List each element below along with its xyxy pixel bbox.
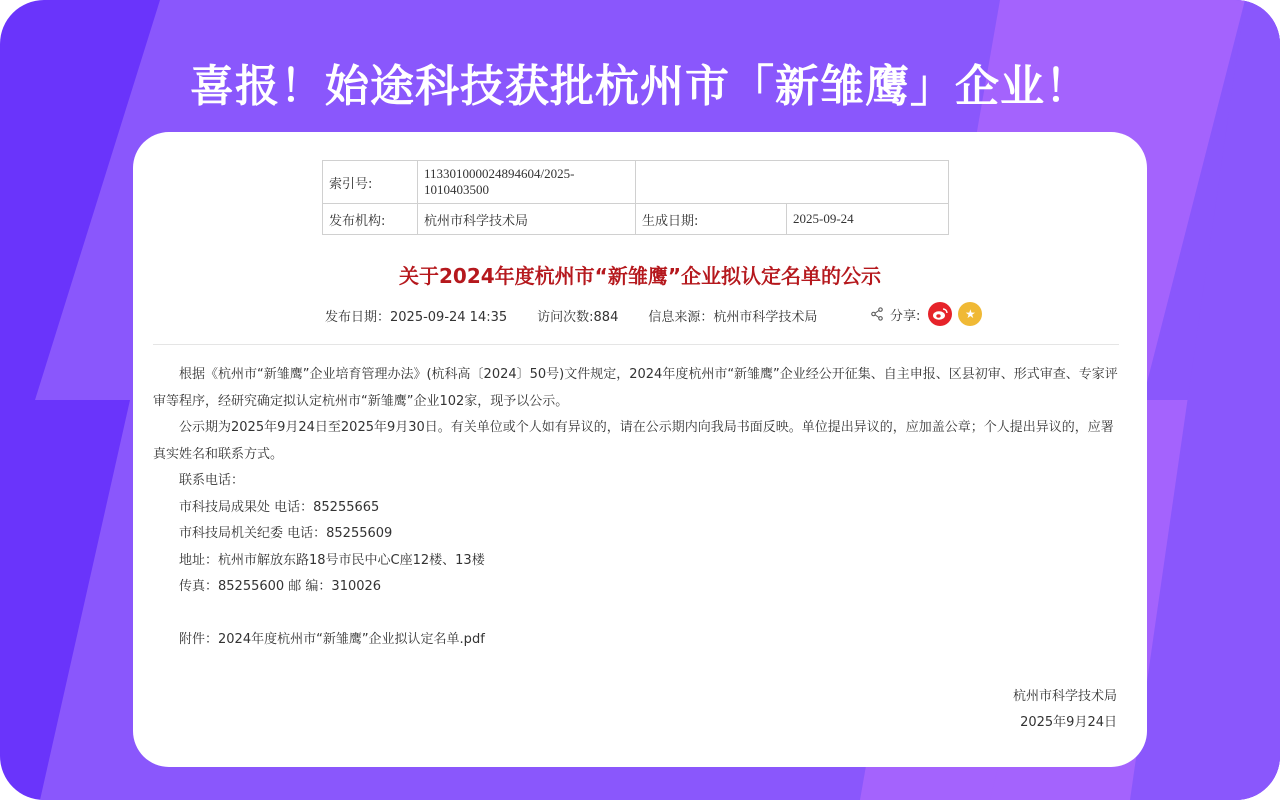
contact-line: 市科技局机关纪委 电话：85255609 [153,521,1119,548]
contacts-heading: 联系电话： [153,468,1119,495]
signature-date: 2025年9月24日 [1013,710,1117,736]
document-info: 发布日期：2025-09-24 14:35 访问次数:884 信息来源：杭州市科… [325,306,847,325]
attachment-link[interactable]: 附件：2024年度杭州市“新雏鹰”企业拟认定名单.pdf [179,632,485,647]
document-body: 根据《杭州市“新雏鹰”企业培育管理办法》(杭科高〔2024〕50号)文件规定，2… [153,362,1119,653]
signature: 杭州市科学技术局 2025年9月24日 [1013,684,1117,736]
fax-line: 传真：85255600 邮 编：310026 [153,574,1119,601]
info-source: 信息来源：杭州市科学技术局 [648,306,817,325]
signature-org: 杭州市科学技术局 [1013,684,1117,710]
share-label: 分享: [890,305,920,324]
meta-row-publisher: 发布机构: 杭州市科学技术局 生成日期: 2025-09-24 [323,204,949,235]
divider [153,344,1119,345]
publisher-label: 发布机构: [323,204,418,235]
publisher-value: 杭州市科学技术局 [418,204,636,235]
address-line: 地址：杭州市解放东路18号市民中心C座12楼、13楼 [153,548,1119,575]
paragraph: 根据《杭州市“新雏鹰”企业培育管理办法》(杭科高〔2024〕50号)文件规定，2… [153,362,1119,415]
meta-table: 索引号: 113301000024894604/2025-1010403500 … [322,160,949,235]
visit-count: 访问次数:884 [537,306,618,325]
index-value: 113301000024894604/2025-1010403500 [418,161,636,204]
created-label: 生成日期: [636,204,787,235]
notice-card: 索引号: 113301000024894604/2025-1010403500 … [133,132,1147,767]
qzone-icon[interactable]: ★ [958,302,982,326]
poster-background: 喜报！始途科技获批杭州市「新雏鹰」企业！ 索引号: 11330100002489… [0,0,1280,800]
meta-row-index: 索引号: 113301000024894604/2025-1010403500 [323,161,949,204]
index-label: 索引号: [323,161,418,204]
share-bar: 分享: ★ [870,302,982,326]
document-title: 关于2024年度杭州市“新雏鹰”企业拟认定名单的公示 [133,260,1147,289]
share-icon [870,307,884,321]
empty-cell [636,161,949,204]
weibo-icon[interactable] [928,302,952,326]
publish-date: 发布日期：2025-09-24 14:35 [325,306,507,325]
contact-line: 市科技局成果处 电话：85255665 [153,495,1119,522]
headline: 喜报！始途科技获批杭州市「新雏鹰」企业！ [0,50,1280,114]
created-value: 2025-09-24 [787,204,949,235]
paragraph: 公示期为2025年9月24日至2025年9月30日。有关单位或个人如有异议的，请… [153,415,1119,468]
